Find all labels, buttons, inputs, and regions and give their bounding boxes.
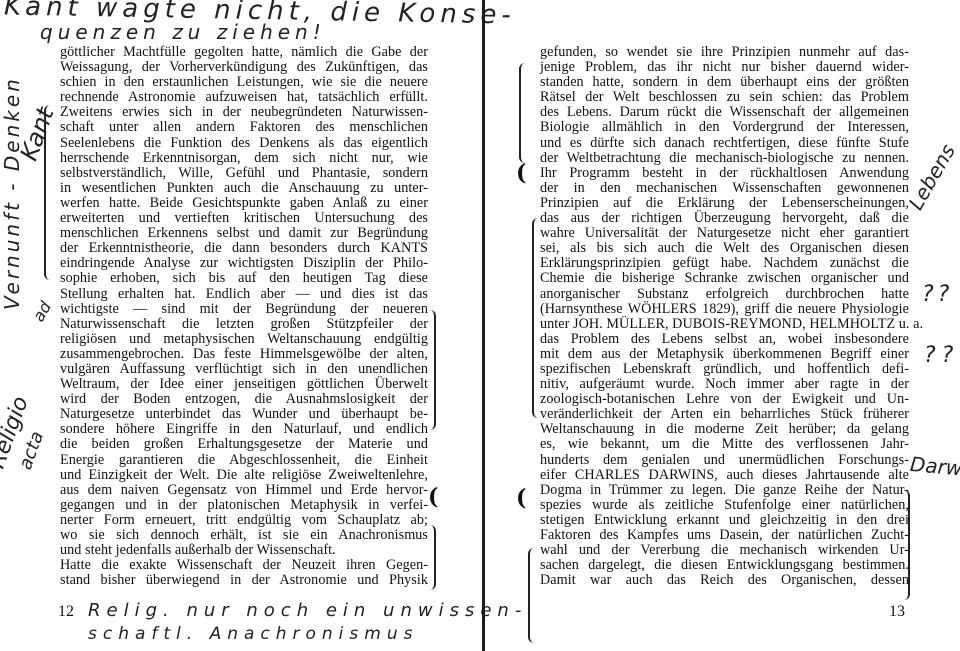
text-line: Seelenlebens die Funktion des Denkens al… [60,136,428,151]
text-line: Energie garantieren die Abgeschlossenhei… [60,453,428,468]
paren-mark-right-1: ( [516,160,526,186]
handwritten-margin-question-marks-1: ?? [922,282,953,307]
text-line: spezifischen Lebenskraft gründlich, und … [540,362,909,377]
text-line: der Weltbetrachtung die mechanisch-biolo… [540,151,909,166]
text-line: religiösen und metaphysischen Weltanscha… [60,332,428,347]
text-line: gefunden, so wendet sie ihre Prinzipien … [540,45,909,60]
text-line: stand bisher überwiegend in der Astronom… [60,573,428,588]
text-line: Ihr Programm besteht in der rückhaltlose… [540,166,909,181]
text-line: Rätsel der Welt beschlossen zu sein schi… [540,90,909,105]
text-line: sondere höhere Eingriffe in den Naturlau… [60,422,428,437]
margin-bracket-right-4 [904,490,910,600]
margin-bracket-right-2 [532,218,540,418]
handwritten-note-bottom-line1: Relig. nur noch ein unwissen- [88,600,527,621]
text-line: erweiterten und vertieften kritischen Un… [60,211,428,226]
text-line: Weltanschauung in die moderne Zeit herüb… [540,422,909,437]
text-line: Faktoren des Kampfes ums Dasein, der nat… [540,528,909,543]
text-line: gegangen und in der platonischen Metaphy… [60,498,428,513]
text-line: der Erkenntnistheorie, die dann besonder… [60,241,428,256]
margin-bracket-right-3 [528,548,536,643]
text-line: Stellung erhalten hat. Endlich aber — un… [60,287,428,302]
text-line: Weltraum, der Idee einer jenseitigen göt… [60,377,428,392]
text-line: stetigen Entwicklung erkannt und gleichz… [540,513,909,528]
text-line: der in den mechanischen Wissenschaften g… [540,181,909,196]
text-line: schien in den erstaunlichen Leistungen, … [60,75,428,90]
margin-bracket-left-1 [44,105,56,280]
text-line: (Harnsynthese WÖHLERS 1829), griff die n… [540,302,909,317]
margin-bracket-left-2 [428,310,436,430]
page-gutter [482,0,485,651]
text-line: Naturgesetze unterbindet das Wunder und … [60,407,428,422]
text-line: göttlicher Machtfülle gegolten hatte, nä… [60,45,428,60]
text-line: veränderlichkeit der Arten ein beharrlic… [540,407,909,422]
left-page-body-text: göttlicher Machtfülle gegolten hatte, nä… [60,45,428,588]
text-line: schaft unter allen andern Faktoren des m… [60,120,428,135]
text-line: mit dem aus der Metaphysik überkommenen … [540,347,909,362]
text-line: und Einzigkeit der Welt. Die alte religi… [60,468,428,483]
handwritten-note-top-line2: quenzen zu ziehen! [40,20,326,44]
text-line: sophie erhoben, sich bis auf den heutige… [60,271,428,286]
text-line: Damit war auch das Reich des Organischen… [540,573,909,588]
text-line: Dogma in Trümmer zu legen. Die ganze Rei… [540,483,909,498]
handwritten-margin-ad: ad [29,298,55,325]
text-line: es, wie bekannt, um die Mitte des verflo… [540,437,909,452]
handwritten-margin-question-marks-2: ?? [924,343,959,368]
right-page: gefunden, so wendet sie ihre Prinzipien … [486,0,960,651]
text-line: aus dem naiven Gegensatz von Himmel und … [60,483,428,498]
text-line: zusammengebrochen. Das feste Himmelsgewö… [60,347,428,362]
text-line: und steht jedenfalls außerhalb der Wisse… [60,543,428,558]
text-line: unter JOH. MÜLLER, DUBOIS-REYMOND, HELMH… [540,317,909,332]
text-line: werfen hatte. Beide Gesichtspunkte gaben… [60,196,428,211]
text-line: rechnende Astronomie aufzuweisen hat, ta… [60,90,428,105]
text-line: vulgären Auffassung verflüchtigt sich in… [60,362,428,377]
text-line: das aus der richtigen Überzeugung hervor… [540,211,909,226]
text-line: spezies wurde als zeitliche Stufenfolge … [540,498,909,513]
text-line: nerter Form erneuert, tritt endgültig vo… [60,513,428,528]
text-line: herrschende Erkenntnisorgan, dem sich ni… [60,151,428,166]
handwritten-margin-vernunft-denken: Vernunft - Denken [0,50,24,310]
left-page: göttlicher Machtfülle gegolten hatte, nä… [0,0,483,651]
text-line: das Problem des Lebens selbst an, wobei … [540,332,909,347]
text-line: eifer CHARLES DARWINS, auch dieses Jahrt… [540,468,909,483]
text-line: wird der Boden entzogen, die Ausnahmslos… [60,392,428,407]
handwritten-margin-lebens: Lebens [903,140,960,214]
text-line: wahre Universalität der Naturgesetze nic… [540,226,909,241]
margin-bracket-left-3 [428,525,436,590]
page-number-left: 12 [58,603,74,621]
text-line: Erklärungsprinzipien gefügt habe. Nachde… [540,256,909,271]
text-line: wichtigste — sind mit der Begründung der… [60,302,428,317]
text-line: hunderts dem genialen und unermüdlichen … [540,453,909,468]
text-line: des Lebens. Darum rückt die Wissenschaft… [540,105,909,120]
text-line: Zweitens erwies sich in der neubegründet… [60,105,428,120]
page-number-right: 13 [889,603,905,621]
text-line: und es dürfte sich danach rechtfertigen,… [540,136,909,151]
text-line: selbstverständlich, Wille, Gefühl und Ph… [60,166,428,181]
text-line: zoologisch-botanischen Lehre von der Ewi… [540,392,909,407]
text-line: eindringende Analyse zur wichtigsten Dis… [60,256,428,271]
text-line: sachen dargelegt, die diesen Entwicklung… [540,558,909,573]
text-line: Prinzipien auf die Erklärung der Lebense… [540,196,909,211]
text-line: Biologie allmählich in den Vordergrund d… [540,120,909,135]
margin-bracket-right-1 [519,63,529,163]
handwritten-margin-darwin: Darwin [909,452,960,482]
text-line: Naturwissenschaft die letzten großen Stü… [60,317,428,332]
paren-mark-right-2: ( [516,485,526,511]
text-line: wo sie sich dennoch erhält, ist sie ein … [60,528,428,543]
text-line: sei, als bis sich auch die Welt des Orga… [540,241,909,256]
text-line: Chemie die bisherige Schranke zwischen o… [540,271,909,286]
text-line: Hatte die exakte Wissenschaft der Neuzei… [60,558,428,573]
text-line: wahl und der Vererbung die mechanisch wi… [540,543,909,558]
text-line: nitiv, aufgeräumt wurde. Noch immer aber… [540,377,909,392]
right-page-body-text: gefunden, so wendet sie ihre Prinzipien … [540,45,909,588]
text-line: anorganischer Substanz erfolgreich durch… [540,287,909,302]
text-line: in wesentlichen Punkten auch die Anschau… [60,181,428,196]
handwritten-note-bottom-line2: schaftl. Anachronismus [88,624,418,644]
paren-mark-left: ( [428,484,438,510]
text-line: jenige Problem, das ihr nicht nur bisher… [540,60,909,75]
text-line: Weissagung, der Vorherverkündigung des Z… [60,60,428,75]
text-line: die beiden großen Erhaltungsgesetze der … [60,437,428,452]
text-line: menschlichen Erkennens selbst und damit … [60,226,428,241]
text-line: standen hatte, sondern in dem überhaupt … [540,75,909,90]
